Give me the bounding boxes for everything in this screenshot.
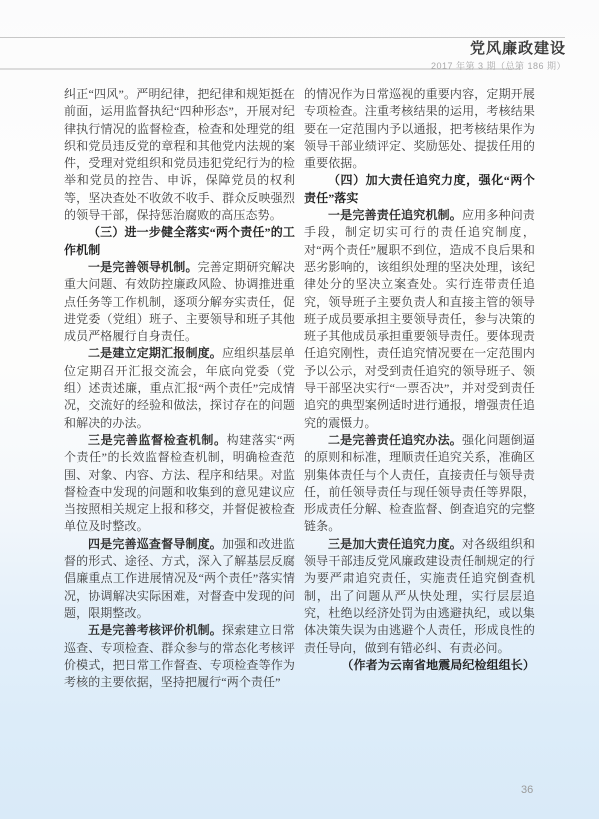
section-heading: （四）加大责任追究力度，强化“两个责任”落实 bbox=[304, 172, 535, 207]
paragraph: 纠正“四风”。严明纪律，把纪律和规矩挺在前面，运用监督执纪“四种形态”，开展对纪… bbox=[64, 86, 295, 224]
left-column: 纠正“四风”。严明纪律，把纪律和规矩挺在前面，运用监督执纪“四种形态”，开展对纪… bbox=[64, 86, 295, 691]
paragraph: 五是完善考核评价机制。探索建立日常巡查、专项检查、群众参与的常态化考核评价模式，… bbox=[64, 622, 295, 691]
paragraph: 二是建立定期汇报制度。应组织基层单位定期召开汇报交流会，年底向党委（党组）述责述… bbox=[64, 345, 295, 431]
paragraph-lead: 二是建立定期汇报制度。 bbox=[88, 346, 222, 360]
journal-title: 党风廉政建设 bbox=[431, 40, 566, 58]
author-note: （作者为云南省地震局纪检组组长） bbox=[304, 657, 535, 674]
paragraph: 二是完善责任追究办法。强化问题倒逼的原则和标准，理顺责任追究关系，准确区别集体责… bbox=[304, 432, 535, 536]
paragraph: 一是完善领导机制。完善定期研究解决重大问题、有效防控廉政风险、协调推进重点任务等… bbox=[64, 259, 295, 345]
section-heading: （三）进一步健全落实“两个责任”的工作机制 bbox=[64, 224, 295, 259]
paragraph: 三是完善监督检查机制。构建落实“两个责任”的长效监督检查机制，明确检查范围、对象… bbox=[64, 432, 295, 536]
paragraph: 的情况作为日常巡视的重要内容，定期开展专项检查。注重考核结果的运用，考核结果要在… bbox=[304, 86, 535, 172]
paragraph-lead: 一是完善领导机制。 bbox=[88, 260, 198, 274]
paragraph-lead: 五是完善考核评价机制。 bbox=[88, 623, 222, 637]
article-body: 纠正“四风”。严明纪律，把纪律和规矩挺在前面，运用监督执纪“四种形态”，开展对纪… bbox=[64, 86, 535, 691]
page-number: 36 bbox=[521, 784, 533, 796]
paragraph: 三是加大责任追究力度。对各级组织和领导干部违反党风廉政建设责任制规定的行为要严肃… bbox=[304, 536, 535, 657]
masthead: 党风廉政建设 2017 年第 3 期（总第 186 期） bbox=[431, 40, 566, 72]
header-rule-top bbox=[0, 37, 565, 38]
paragraph: 四是完善巡查督导制度。加强和改进监督的形式、途径、方式，深入了解基层反腐倡廉重点… bbox=[64, 536, 295, 622]
paragraph-lead: 四是完善巡查督导制度。 bbox=[88, 537, 222, 551]
paragraph-lead: 二是完善责任追究办法。 bbox=[328, 433, 462, 447]
magazine-page: 党风廉政建设 2017 年第 3 期（总第 186 期） 纠正“四风”。严明纪律… bbox=[0, 0, 599, 819]
issue-info: 2017 年第 3 期（总第 186 期） bbox=[431, 61, 566, 72]
paragraph-lead: 三是加大责任追究力度。 bbox=[328, 537, 462, 551]
right-column: 的情况作为日常巡视的重要内容，定期开展专项检查。注重考核结果的运用，考核结果要在… bbox=[304, 86, 535, 691]
paragraph: 一是完善责任追究机制。应用多种问责手段，制定切实可行的责任追究制度，对“两个责任… bbox=[304, 207, 535, 432]
paragraph-lead: 一是完善责任追究机制。 bbox=[328, 208, 462, 222]
paragraph-lead: 三是完善监督检查机制。 bbox=[88, 433, 227, 447]
